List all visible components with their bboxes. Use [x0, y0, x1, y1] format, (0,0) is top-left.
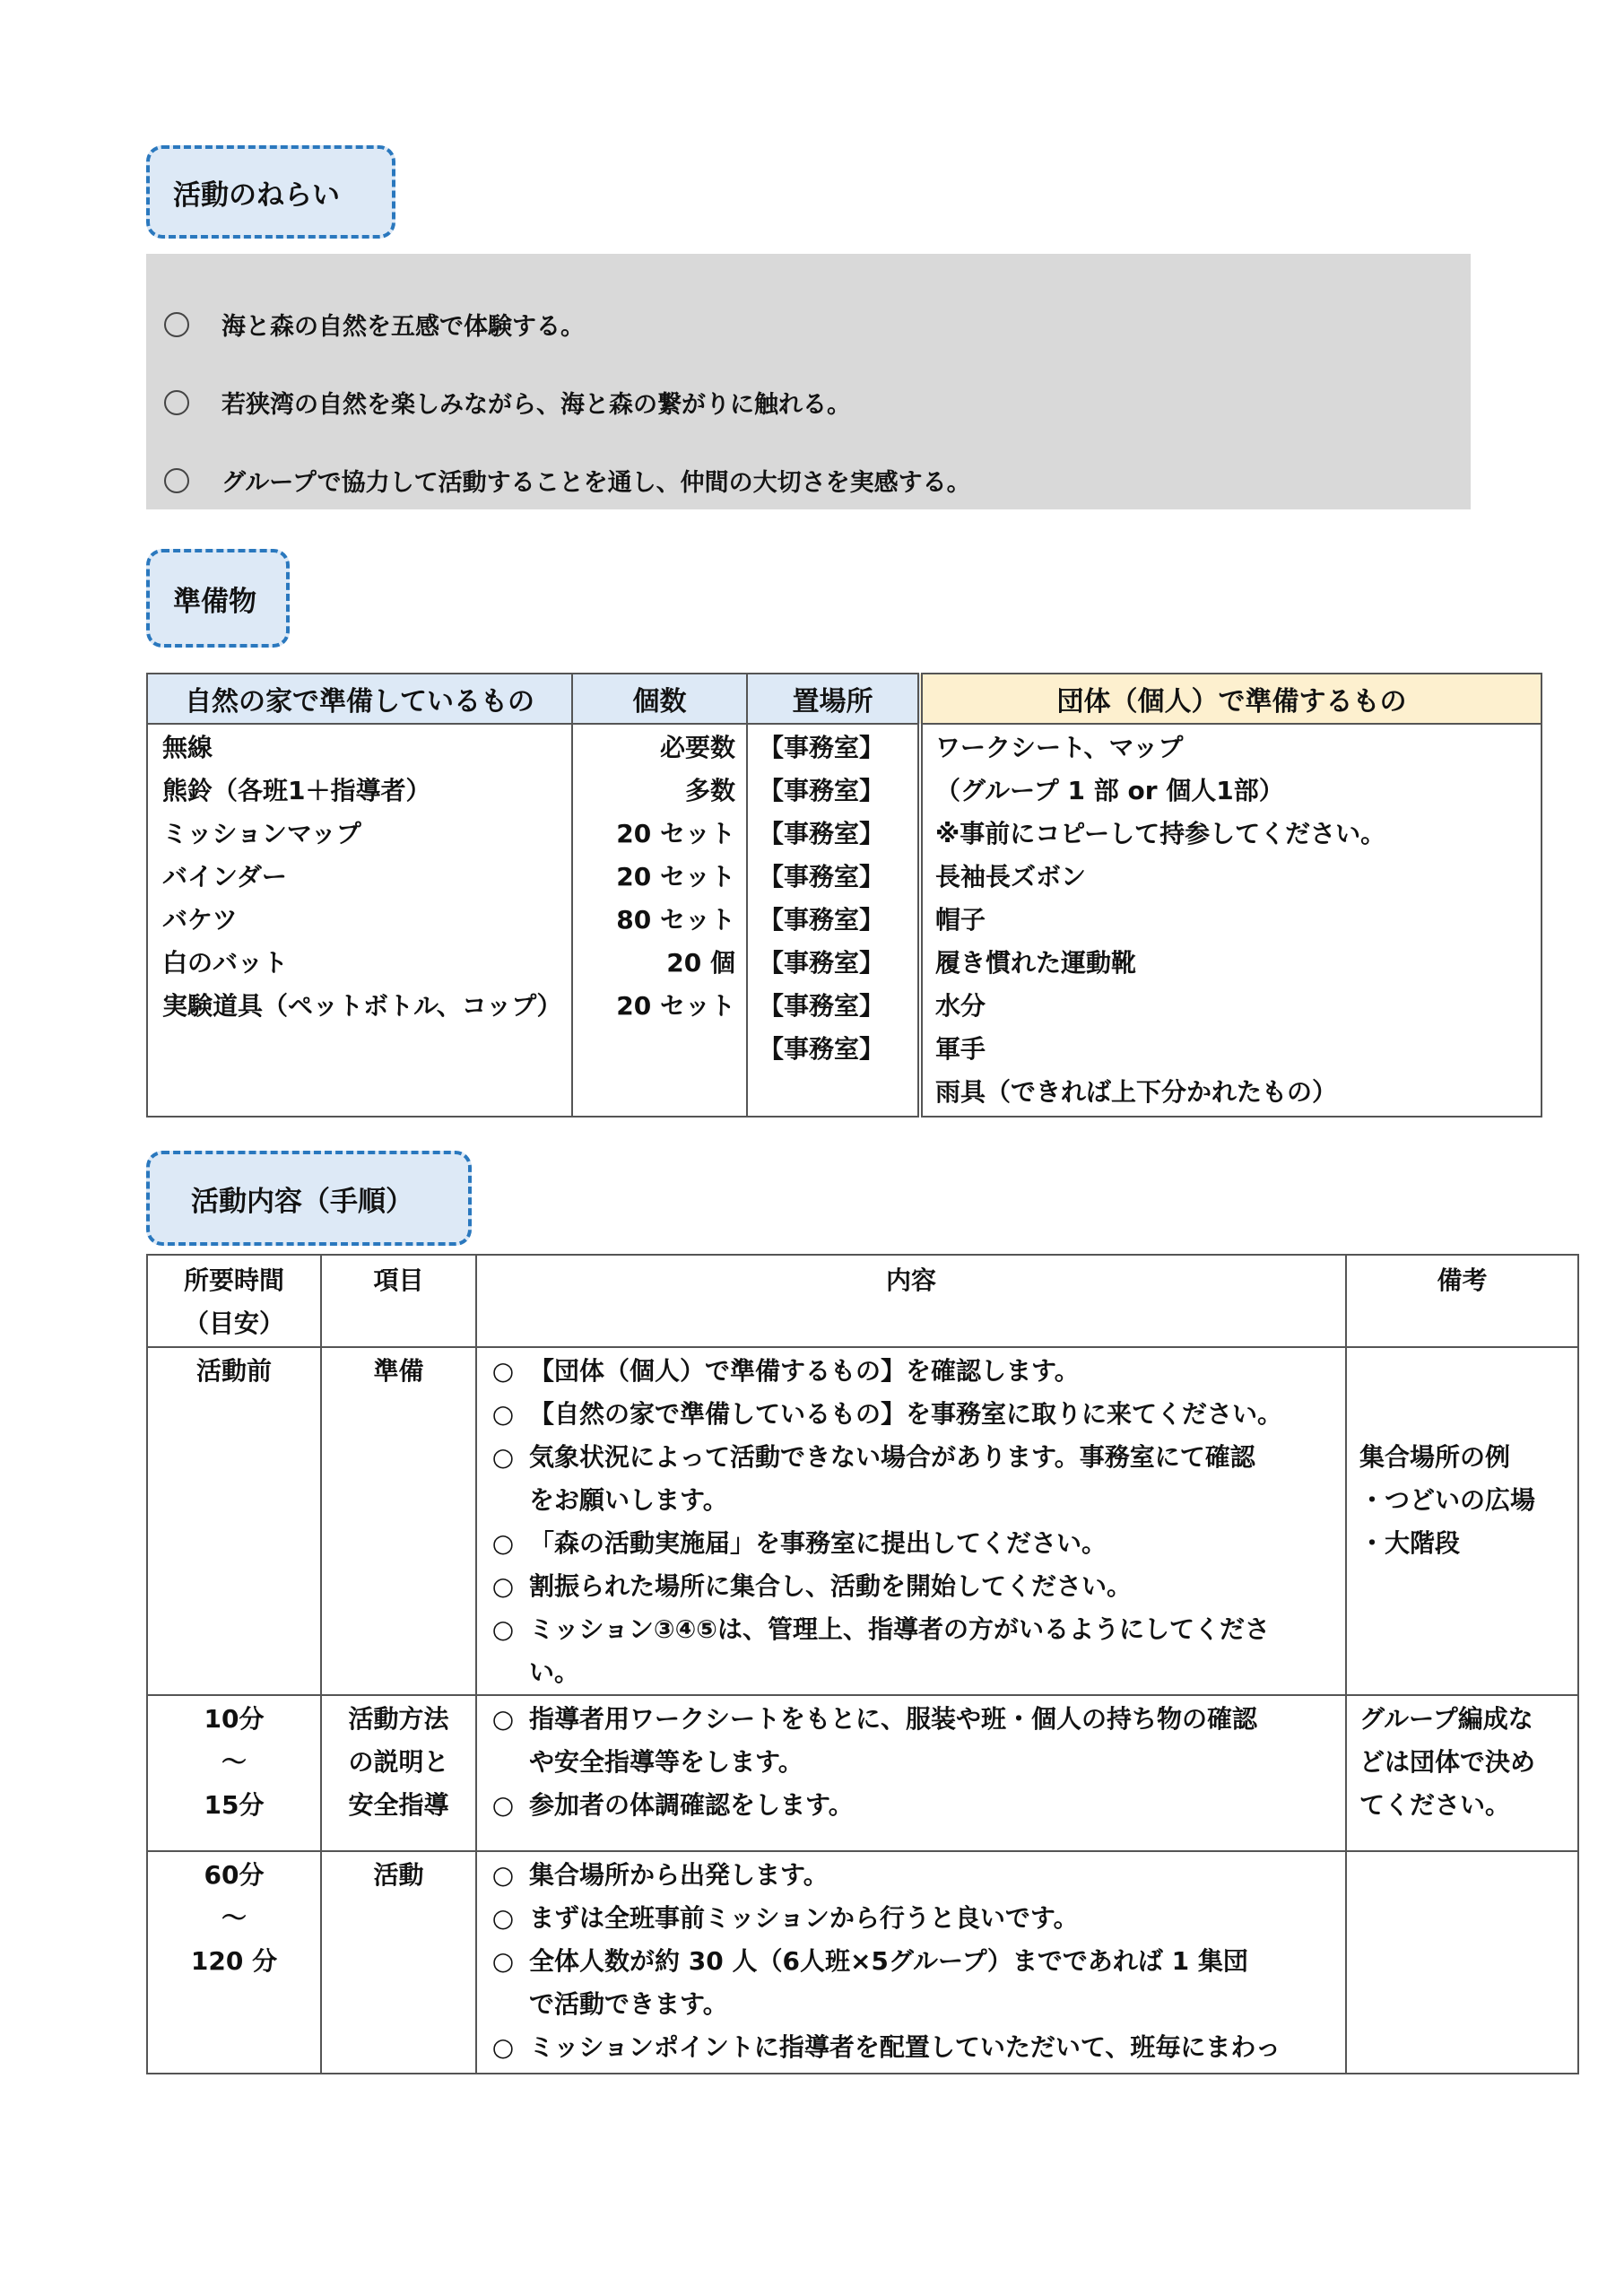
- group-item: 雨具（できれば上下分かれたもの）: [923, 1071, 1541, 1114]
- location-value: 【事務室】: [748, 770, 917, 813]
- section-heading-prep: 準備物: [146, 549, 290, 648]
- circle-bullet-icon: ○: [477, 1854, 529, 1897]
- header-item: 項目: [321, 1255, 476, 1347]
- header-location: 置場所: [747, 674, 920, 724]
- note-line: ・大階段: [1347, 1522, 1577, 1565]
- aim-item: グループで協力して活動することを通し、仲間の大切さを実感する。: [146, 441, 1471, 519]
- item-cell: 準備: [321, 1347, 476, 1695]
- quantity-value: 20 セット: [573, 856, 746, 899]
- provided-item: 実験道具（ペットボトル、コップ）: [148, 985, 571, 1028]
- content-line: ○参加者の体調確認をします。: [477, 1784, 1345, 1827]
- circle-bullet-icon: ○: [477, 1565, 529, 1608]
- table-row: 60分 ～ 120 分 活動 ○集合場所から出発します。 ○まずは全班事前ミッシ…: [147, 1851, 1578, 2074]
- aim-item-text: 海と森の自然を五感で体験する。: [221, 307, 585, 342]
- content-line-continuation: い。: [477, 1651, 1345, 1694]
- section-heading-steps-label: 活動内容（手順）: [191, 1178, 413, 1219]
- duration-text: ～: [148, 1741, 320, 1784]
- notes-cell: グループ編成な どは団体で決め てください。: [1346, 1695, 1578, 1851]
- aim-item: 海と森の自然を五感で体験する。: [146, 285, 1471, 363]
- duration-cell: 活動前: [147, 1347, 321, 1695]
- header-item-label: 項目: [322, 1259, 475, 1302]
- table-row: 10分 ～ 15分 活動方法 の説明と 安全指導 ○指導者用ワークシートをもとに…: [147, 1695, 1578, 1851]
- content-cell: ○集合場所から出発します。 ○まずは全班事前ミッションから行うと良いです。 ○全…: [476, 1851, 1346, 2074]
- item-cell: 活動方法 の説明と 安全指導: [321, 1695, 476, 1851]
- provided-item: 無線: [148, 726, 571, 770]
- item-text: 準備: [322, 1350, 475, 1393]
- content-line: ○集合場所から出発します。: [477, 1854, 1345, 1897]
- duration-text: 10分: [148, 1698, 320, 1741]
- quantity-value: 20 セット: [573, 985, 746, 1028]
- notes-cell: 集合場所の例 ・つどいの広場 ・大階段: [1346, 1347, 1578, 1695]
- location-value: 【事務室】: [748, 856, 917, 899]
- circle-bullet-icon: ○: [477, 1522, 529, 1565]
- group-item: ワークシート、マップ: [923, 726, 1541, 770]
- group-item: ※事前にコピーして持参してください。: [923, 813, 1541, 856]
- group-item: 軍手: [923, 1028, 1541, 1071]
- header-quantity: 個数: [572, 674, 747, 724]
- note-line: グループ編成な: [1347, 1698, 1577, 1741]
- note-line: ・つどいの広場: [1347, 1479, 1577, 1522]
- group-items-cell: ワークシート、マップ （グループ 1 部 or 個人1部） ※事前にコピーして持…: [920, 724, 1541, 1117]
- quantity-value: 80 セット: [573, 899, 746, 942]
- content-cell: ○【団体（個人）で準備するもの】を確認します。 ○【自然の家で準備しているもの】…: [476, 1347, 1346, 1695]
- content-line: ○まずは全班事前ミッションから行うと良いです。: [477, 1897, 1345, 1940]
- duration-text: ～: [148, 1897, 320, 1940]
- header-content: 内容: [476, 1255, 1346, 1347]
- provided-item: バケツ: [148, 899, 571, 942]
- table-row: 活動前 準備 ○【団体（個人）で準備するもの】を確認します。 ○【自然の家で準備…: [147, 1347, 1578, 1695]
- location-value: 【事務室】: [748, 985, 917, 1028]
- duration-text: 15分: [148, 1784, 320, 1827]
- aim-item-text: グループで協力して活動することを通し、仲間の大切さを実感する。: [221, 463, 971, 498]
- content-line: ○指導者用ワークシートをもとに、服装や班・個人の持ち物の確認: [477, 1698, 1345, 1741]
- location-value: 【事務室】: [748, 1028, 917, 1071]
- content-line: ○【団体（個人）で準備するもの】を確認します。: [477, 1350, 1345, 1393]
- group-item: 長袖長ズボン: [923, 856, 1541, 899]
- quantity-value: 20 セット: [573, 813, 746, 856]
- circle-bullet-icon: ○: [477, 1698, 529, 1741]
- provided-item: 熊鈴（各班1＋指導者）: [148, 770, 571, 813]
- circle-bullet-icon: ○: [477, 1784, 529, 1827]
- provided-item: ミッションマップ: [148, 813, 571, 856]
- header-duration-line1: 所要時間: [148, 1259, 320, 1302]
- item-text: の説明と: [322, 1741, 475, 1784]
- note-line: どは団体で決め: [1347, 1741, 1577, 1784]
- section-heading-steps: 活動内容（手順）: [146, 1151, 472, 1246]
- duration-cell: 60分 ～ 120 分: [147, 1851, 321, 2074]
- duration-text: 60分: [148, 1854, 320, 1897]
- content-line: ○気象状況によって活動できない場合があります。事務室にて確認: [477, 1436, 1345, 1479]
- steps-table-header-row: 所要時間 （目安） 項目 内容 備考: [147, 1255, 1578, 1347]
- circle-outline-icon: [164, 468, 189, 493]
- quantity-value: 多数: [573, 770, 746, 813]
- group-item: （グループ 1 部 or 個人1部）: [923, 770, 1541, 813]
- content-line-continuation: や安全指導等をします。: [477, 1741, 1345, 1784]
- circle-outline-icon: [164, 390, 189, 415]
- provided-item: 白のバット: [148, 942, 571, 985]
- content-line: ○【自然の家で準備しているもの】を事務室に取りに来てください。: [477, 1393, 1345, 1436]
- location-cell: 【事務室】 【事務室】 【事務室】 【事務室】 【事務室】 【事務室】 【事務室…: [747, 724, 920, 1117]
- quantity-value: 必要数: [573, 726, 746, 770]
- content-line-continuation: で活動できます。: [477, 1983, 1345, 2026]
- header-duration-line2: （目安）: [148, 1302, 320, 1345]
- content-cell: ○指導者用ワークシートをもとに、服装や班・個人の持ち物の確認 や安全指導等をしま…: [476, 1695, 1346, 1851]
- location-value: 【事務室】: [748, 726, 917, 770]
- header-notes-label: 備考: [1347, 1259, 1577, 1302]
- header-notes: 備考: [1346, 1255, 1578, 1347]
- group-item: 水分: [923, 985, 1541, 1028]
- provided-items-cell: 無線 熊鈴（各班1＋指導者） ミッションマップ バインダー バケツ 白のバット …: [147, 724, 572, 1117]
- note-line: てください。: [1347, 1784, 1577, 1827]
- steps-table: 所要時間 （目安） 項目 内容 備考 活動前 準備 ○【団体（個人）で準備する: [146, 1254, 1579, 2074]
- content-line: ○割振られた場所に集合し、活動を開始してください。: [477, 1565, 1345, 1608]
- content-line: ○ミッション③④⑤は、管理上、指導者の方がいるようにしてくださ: [477, 1608, 1345, 1651]
- duration-text: 120 分: [148, 1940, 320, 1983]
- content-line: ○ミッションポイントに指導者を配置していただいて、班毎にまわっ: [477, 2026, 1345, 2069]
- quantity-cell: 必要数 多数 20 セット 20 セット 80 セット 20 個 20 セット: [572, 724, 747, 1117]
- location-value: 【事務室】: [748, 813, 917, 856]
- section-heading-prep-label: 準備物: [173, 578, 256, 619]
- duration-text: 活動前: [148, 1350, 320, 1393]
- header-provided-items: 自然の家で準備しているもの: [147, 674, 572, 724]
- location-value: 【事務室】: [748, 899, 917, 942]
- aim-item: 若狭湾の自然を楽しみながら、海と森の繋がりに触れる。: [146, 363, 1471, 441]
- aims-box: 海と森の自然を五感で体験する。 若狭湾の自然を楽しみながら、海と森の繋がりに触れ…: [146, 254, 1471, 509]
- section-heading-aims-label: 活動のねらい: [173, 172, 340, 213]
- notes-cell: [1346, 1851, 1578, 2074]
- circle-bullet-icon: ○: [477, 1940, 529, 1983]
- prep-table-header-row: 自然の家で準備しているもの 個数 置場所 団体（個人）で準備するもの: [147, 674, 1541, 724]
- location-value: 【事務室】: [748, 942, 917, 985]
- circle-bullet-icon: ○: [477, 1608, 529, 1651]
- note-line: 集合場所の例: [1347, 1436, 1577, 1479]
- item-text: 活動: [322, 1854, 475, 1897]
- note-line: [1347, 1350, 1577, 1393]
- circle-bullet-icon: ○: [477, 1350, 529, 1393]
- note-line: [1347, 1393, 1577, 1436]
- group-item: 履き慣れた運動靴: [923, 942, 1541, 985]
- content-line: ○全体人数が約 30 人（6人班×5グループ）までであれば 1 集団: [477, 1940, 1345, 1983]
- group-item: 帽子: [923, 899, 1541, 942]
- duration-cell: 10分 ～ 15分: [147, 1695, 321, 1851]
- quantity-value: 20 個: [573, 942, 746, 985]
- item-text: 活動方法: [322, 1698, 475, 1741]
- circle-bullet-icon: ○: [477, 1897, 529, 1940]
- provided-item: バインダー: [148, 856, 571, 899]
- circle-bullet-icon: ○: [477, 1393, 529, 1436]
- content-line-continuation: をお願いします。: [477, 1479, 1345, 1522]
- item-text: 安全指導: [322, 1784, 475, 1827]
- circle-outline-icon: [164, 312, 189, 337]
- prep-table: 自然の家で準備しているもの 個数 置場所 団体（個人）で準備するもの 無線 熊鈴…: [146, 673, 1542, 1118]
- header-group-items: 団体（個人）で準備するもの: [920, 674, 1541, 724]
- content-line: ○「森の活動実施届」を事務室に提出してください。: [477, 1522, 1345, 1565]
- header-content-label: 内容: [477, 1259, 1345, 1302]
- prep-table-body-row: 無線 熊鈴（各班1＋指導者） ミッションマップ バインダー バケツ 白のバット …: [147, 724, 1541, 1117]
- circle-bullet-icon: ○: [477, 2026, 529, 2069]
- header-duration: 所要時間 （目安）: [147, 1255, 321, 1347]
- aim-item-text: 若狭湾の自然を楽しみながら、海と森の繋がりに触れる。: [221, 385, 851, 420]
- circle-bullet-icon: ○: [477, 1436, 529, 1479]
- section-heading-aims: 活動のねらい: [146, 145, 395, 239]
- item-cell: 活動: [321, 1851, 476, 2074]
